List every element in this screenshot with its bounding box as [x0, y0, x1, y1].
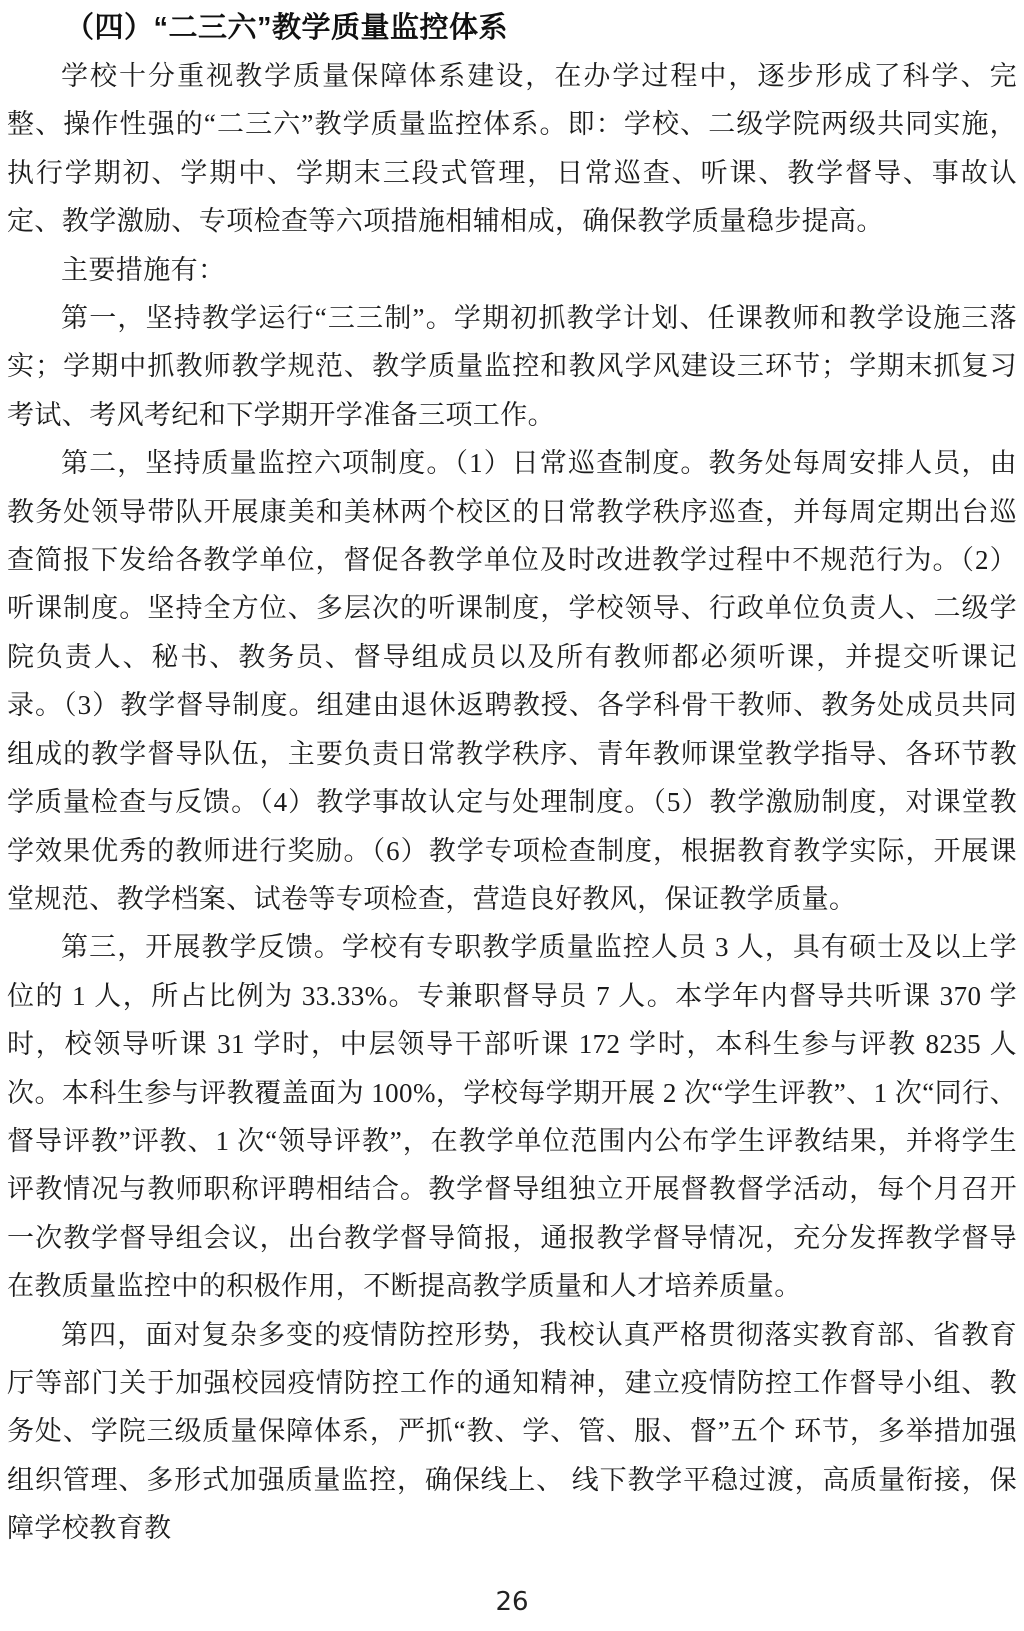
- page-number: 26: [0, 1587, 1024, 1617]
- section-heading: （四）“二三六”教学质量监控体系: [7, 4, 1017, 52]
- document-page: （四）“二三六”教学质量监控体系 学校十分重视教学质量保障体系建设，在办学过程中…: [0, 0, 1024, 1631]
- paragraph-measure-second: 第二，坚持质量监控六项制度。（1）日常巡查制度。教务处每周安排人员，由教务处领导…: [7, 439, 1017, 923]
- document-content: （四）“二三六”教学质量监控体系 学校十分重视教学质量保障体系建设，在办学过程中…: [0, 0, 1024, 1553]
- paragraph-measure-first: 第一，坚持教学运行“三三制”。学期初抓教学计划、任课教师和教学设施三落实；学期中…: [7, 294, 1017, 439]
- paragraph-measure-fourth: 第四，面对复杂多变的疫情防控形势，我校认真严格贯彻落实教育部、省教育厅等部门关于…: [7, 1311, 1017, 1553]
- paragraph-measures-intro: 主要措施有：: [7, 246, 1017, 294]
- paragraph-measure-third: 第三，开展教学反馈。学校有专职教学质量监控人员 3 人，具有硕士及以上学位的 1…: [7, 923, 1017, 1310]
- paragraph-overview: 学校十分重视教学质量保障体系建设，在办学过程中，逐步形成了科学、完整、操作性强的…: [7, 52, 1017, 246]
